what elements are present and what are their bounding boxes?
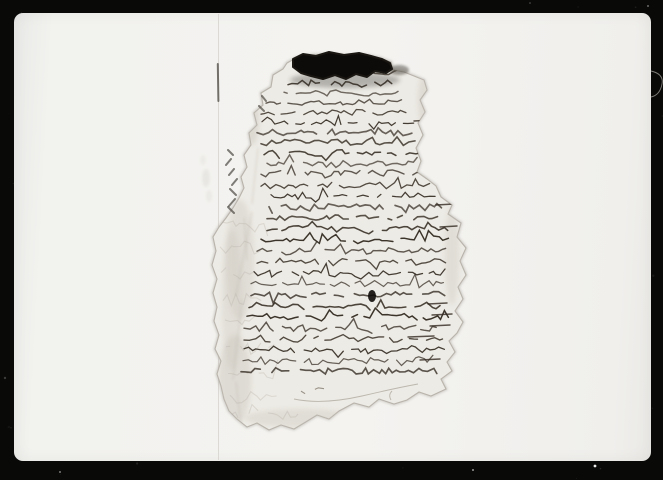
page-edge-tab [651, 71, 662, 97]
photo-background [0, 0, 663, 480]
backing-page [14, 13, 651, 461]
